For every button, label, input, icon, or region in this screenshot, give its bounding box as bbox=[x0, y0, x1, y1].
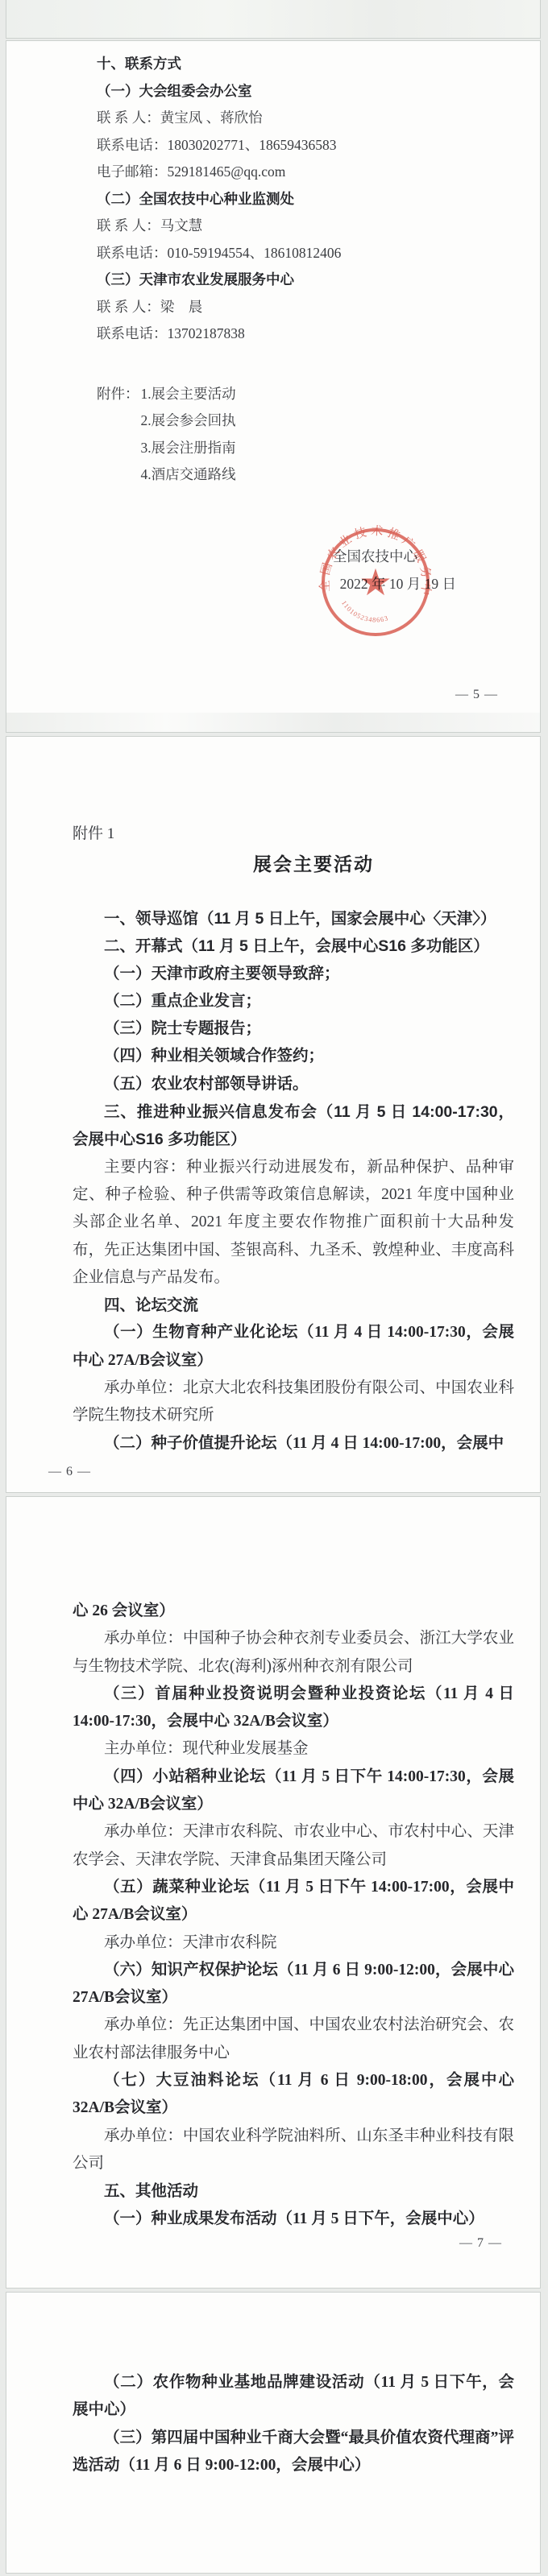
page-7: 心 26 会议室） 承办单位：中国种子协会种衣剂专业委员会、浙江大学农业与生物技… bbox=[6, 1496, 541, 2289]
heading-paragraph: 三、推进种业振兴信息发布会（11 月 5 日 14:00-17:30，会展中心S… bbox=[73, 1098, 514, 1154]
page-number: — 6 — bbox=[48, 1462, 91, 1482]
attachment-item: 4.酒店交通路线 bbox=[141, 461, 236, 489]
previous-page-tail bbox=[6, 0, 541, 39]
contact-group-heading: （三）天津市农业发展服务中心 bbox=[97, 267, 508, 294]
organizer-paragraph: 承办单位：先正达集团中国、中国农业农村法治研究会、农业农村部法律服务中心 bbox=[73, 2012, 514, 2067]
contact-section: 十、联系方式 （一）大会组委会办公室 联 系 人：黄宝凤 、蒋欣怡 联系电话：1… bbox=[6, 41, 540, 348]
attachment-item: 2.展会参会回执 bbox=[141, 407, 236, 435]
forum-title-paragraph: （七）大豆油料论坛（11 月 6 日 9:00-18:00，会展中心 32A/B… bbox=[73, 2067, 514, 2123]
attachment-item: 3.展会注册指南 bbox=[141, 435, 236, 462]
organizer-paragraph: 主办单位：现代种业发展基金 bbox=[73, 1735, 514, 1763]
forum-title-paragraph: （三）首届种业投资说明会暨种业投资论坛（11 月 4 日 14:00-17:30… bbox=[73, 1681, 514, 1736]
heading-paragraph: 二、开幕式（11 月 5 日上午，会展中心S16 多功能区） bbox=[73, 932, 514, 960]
page-6-paragraphs: 一、领导巡馆（11 月 5 日上午，国家会展中心〈天津〉） 二、开幕式（11 月… bbox=[73, 905, 514, 1458]
list-item-paragraph: （二）农作物种业基地品牌建设活动（11 月 5 日下午，会展中心） bbox=[73, 2369, 514, 2425]
list-item-paragraph: （三）院士专题报告； bbox=[73, 1015, 514, 1043]
list-item-paragraph: （一）天津市政府主要领导致辞； bbox=[73, 961, 514, 988]
list-item-paragraph: （三）第四届中国种业千商大会暨“最具价值农资代理商”评选活动（11 月 6 日 … bbox=[73, 2425, 514, 2480]
attachments-block: 附件： 1.展会主要活动 2.展会参会回执 3.展会注册指南 4.酒店交通路线 bbox=[97, 381, 508, 489]
page-6: 附件 1 展会主要活动 一、领导巡馆（11 月 5 日上午，国家会展中心〈天津〉… bbox=[6, 736, 541, 1493]
organizer-paragraph: 承办单位：北京大北农科技集团股份有限公司、中国农业科学院生物技术研究所 bbox=[73, 1375, 514, 1430]
organizer-paragraph: 承办单位：中国种子协会种衣剂专业委员会、浙江大学农业与生物技术学院、北农(海利)… bbox=[73, 1625, 514, 1681]
forum-title-paragraph: （二）种子价值提升论坛（11 月 4 日 14:00-17:00，会展中 bbox=[73, 1430, 514, 1458]
section-title: 十、联系方式 bbox=[97, 51, 508, 78]
contact-group-heading: （二）全国农技中心种业监测处 bbox=[97, 186, 508, 213]
attachments-label: 附件： bbox=[97, 381, 139, 489]
page-8-content: （二）农作物种业基地品牌建设活动（11 月 5 日下午，会展中心） （三）第四届… bbox=[6, 2293, 540, 2479]
contact-line: 联系电话：18030202771、18659436583 bbox=[97, 132, 508, 159]
list-item-paragraph: （二）重点企业发言； bbox=[73, 988, 514, 1015]
contact-line: 联系电话：010-59194554、18610812406 bbox=[97, 240, 508, 267]
list-item-paragraph: （五）农业农村部领导讲话。 bbox=[73, 1071, 514, 1098]
attachment-item: 1.展会主要活动 bbox=[141, 381, 236, 408]
body-paragraph: 主要内容：种业振兴行动进展发布，新品种保护、品种审定、种子检验、种子供需等政策信… bbox=[73, 1154, 514, 1292]
contact-line: 电子邮箱：529181465@qq.com bbox=[97, 159, 508, 186]
heading-paragraph: 五、其他活动 bbox=[73, 2177, 514, 2205]
contact-line: 联系电话：13702187838 bbox=[97, 320, 508, 348]
organizer-paragraph: 承办单位：中国农业科学院油料所、山东圣丰种业科技有限公司 bbox=[73, 2123, 514, 2178]
organizer-paragraph: 承办单位：天津市农科院 bbox=[73, 1929, 514, 1957]
list-item-paragraph: （四）种业相关领域合作签约； bbox=[73, 1043, 514, 1070]
official-seal-stamp: ★ 全国农业技术推广服务中心 1101052348663 bbox=[318, 525, 433, 639]
heading-paragraph: 四、论坛交流 bbox=[73, 1292, 514, 1319]
page-6-content: 附件 1 展会主要活动 一、领导巡馆（11 月 5 日上午，国家会展中心〈天津〉… bbox=[6, 737, 540, 1458]
contact-line: 联 系 人：马文慧 bbox=[97, 213, 508, 240]
contact-group-heading: （一）大会组委会办公室 bbox=[97, 78, 508, 105]
page-number: — 5 — bbox=[455, 685, 498, 705]
forum-title-paragraph: （六）知识产权保护论坛（11 月 6 日 9:00-12:00，会展中心 27A… bbox=[73, 1957, 514, 2012]
page-8: （二）农作物种业基地品牌建设活动（11 月 5 日下午，会展中心） （三）第四届… bbox=[6, 2292, 541, 2574]
heading-paragraph: 一、领导巡馆（11 月 5 日上午，国家会展中心〈天津〉） bbox=[73, 905, 514, 932]
forum-title-paragraph: （一）生物育种产业化论坛（11 月 4 日 14:00-17:30，会展中心 2… bbox=[73, 1319, 514, 1375]
attachments-list: 1.展会主要活动 2.展会参会回执 3.展会注册指南 4.酒店交通路线 bbox=[141, 381, 236, 489]
forum-title-paragraph: （四）小站稻种业论坛（11 月 5 日下午 14:00-17:30，会展中心 3… bbox=[73, 1764, 514, 1819]
page-number: — 7 — bbox=[459, 2234, 502, 2253]
document-viewer: 十、联系方式 （一）大会组委会办公室 联 系 人：黄宝凤 、蒋欣怡 联系电话：1… bbox=[0, 0, 548, 2576]
contact-line: 联 系 人：梁 晨 bbox=[97, 294, 508, 321]
list-item-paragraph: （一）种业成果发布活动（11 月 5 日下午，会展中心） bbox=[73, 2206, 514, 2233]
page-7-content: 心 26 会议室） 承办单位：中国种子协会种衣剂专业委员会、浙江大学农业与生物技… bbox=[6, 1497, 540, 2233]
page-5: 十、联系方式 （一）大会组委会办公室 联 系 人：黄宝凤 、蒋欣怡 联系电话：1… bbox=[6, 40, 541, 733]
contact-line: 联 系 人：黄宝凤 、蒋欣怡 bbox=[97, 105, 508, 132]
forum-title-paragraph: （五）蔬菜种业论坛（11 月 5 日下午 14:00-17:00，会展中心 27… bbox=[73, 1874, 514, 1929]
attachment-tag: 附件 1 bbox=[73, 822, 514, 846]
star-icon: ★ bbox=[359, 562, 392, 603]
organizer-paragraph: 承办单位：天津市农科院、市农业中心、市农村中心、天津农学会、天津农学院、天津食品… bbox=[73, 1818, 514, 1874]
document-title: 展会主要活动 bbox=[47, 851, 548, 879]
forum-title-continuation: 心 26 会议室） bbox=[73, 1598, 514, 1625]
